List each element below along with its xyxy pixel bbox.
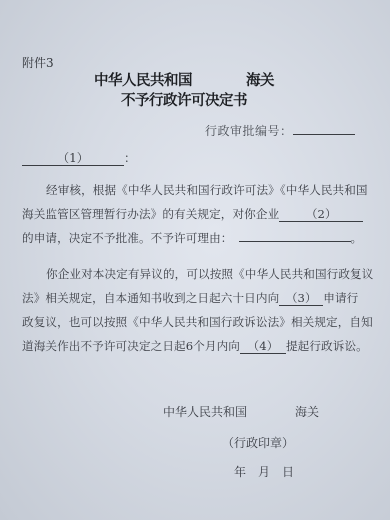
paragraph1-line3-end: 。 xyxy=(351,231,363,245)
date-year: 年 xyxy=(234,465,246,479)
blank-2: （2） xyxy=(279,208,363,222)
paragraph-review-decision: 经审核，根据《中华人民共和国行政许可法》《中华人民共和国 海关监管区管理暂行办法… xyxy=(22,178,352,250)
attachment-label: 附件3 xyxy=(22,54,54,71)
approval-number-blank xyxy=(293,134,355,135)
blank-4: （4） xyxy=(240,340,286,354)
signature-organization: 中华人民共和国海关 xyxy=(163,403,319,420)
addressee-line: （1）： xyxy=(22,149,136,166)
paragraph2-line4-end: 提起行政诉讼。 xyxy=(286,339,368,353)
paragraph1-line2-text: 海关监管区管理暂行办法》的有关规定，对你企业 xyxy=(22,207,279,221)
paragraph1-line2: 海关监管区管理暂行办法》的有关规定，对你企业（2） xyxy=(22,202,352,226)
date-day: 日 xyxy=(282,465,294,479)
paragraph2-line3: 政复议，也可以按照《中华人民共和国行政诉讼法》相关规定，自知 xyxy=(22,310,352,334)
signature-customs: 海关 xyxy=(295,405,319,419)
paragraph2-line1: 你企业对本决定有异议的，可以按照《中华人民共和国行政复议 xyxy=(22,262,352,286)
approval-number: 行政审批编号： xyxy=(205,122,355,139)
paragraph2-line2: 法》相关规定，自本通知书收到之日起六十日内向（3）申请行 xyxy=(22,286,352,310)
paragraph2-line4-text: 道海关作出不予许可决定之日起6个月内向 xyxy=(22,339,240,353)
administrative-seal-placeholder: （行政印章） xyxy=(222,434,294,451)
addressee-colon: ： xyxy=(124,151,136,165)
paragraph2-line2-text: 法》相关规定，自本通知书收到之日起六十日内向 xyxy=(22,291,279,305)
paragraph-appeal-rights: 你企业对本决定有异议的，可以按照《中华人民共和国行政复议 法》相关规定，自本通知… xyxy=(22,262,352,358)
title-customs: 海关 xyxy=(246,72,274,89)
paragraph1-line1: 经审核，根据《中华人民共和国行政许可法》《中华人民共和国 xyxy=(22,178,352,202)
date-month: 月 xyxy=(258,465,270,479)
refusal-reason-blank xyxy=(239,241,351,242)
blank-1: （1） xyxy=(22,152,124,166)
signature-country: 中华人民共和国 xyxy=(163,405,247,419)
document-title-line1: 中华人民共和国海关 xyxy=(94,69,274,90)
paragraph1-line3-text: 的申请，决定不予批准。不予许可理由： xyxy=(22,231,233,245)
title-country: 中华人民共和国 xyxy=(94,72,192,89)
document-page: 附件3 中华人民共和国海关 不予行政许可决定书 行政审批编号： （1）： 经审核… xyxy=(0,0,390,520)
paragraph1-line3: 的申请，决定不予批准。不予许可理由：。 xyxy=(22,226,352,250)
approval-number-label: 行政审批编号： xyxy=(205,124,293,138)
signature-date: 年月日 xyxy=(234,463,306,480)
paragraph2-line4: 道海关作出不予许可决定之日起6个月内向（4）提起行政诉讼。 xyxy=(22,334,352,358)
paragraph2-line2-end: 申请行 xyxy=(323,291,358,305)
blank-3: （3） xyxy=(279,292,323,306)
document-title-line2: 不予行政许可决定书 xyxy=(121,89,247,110)
